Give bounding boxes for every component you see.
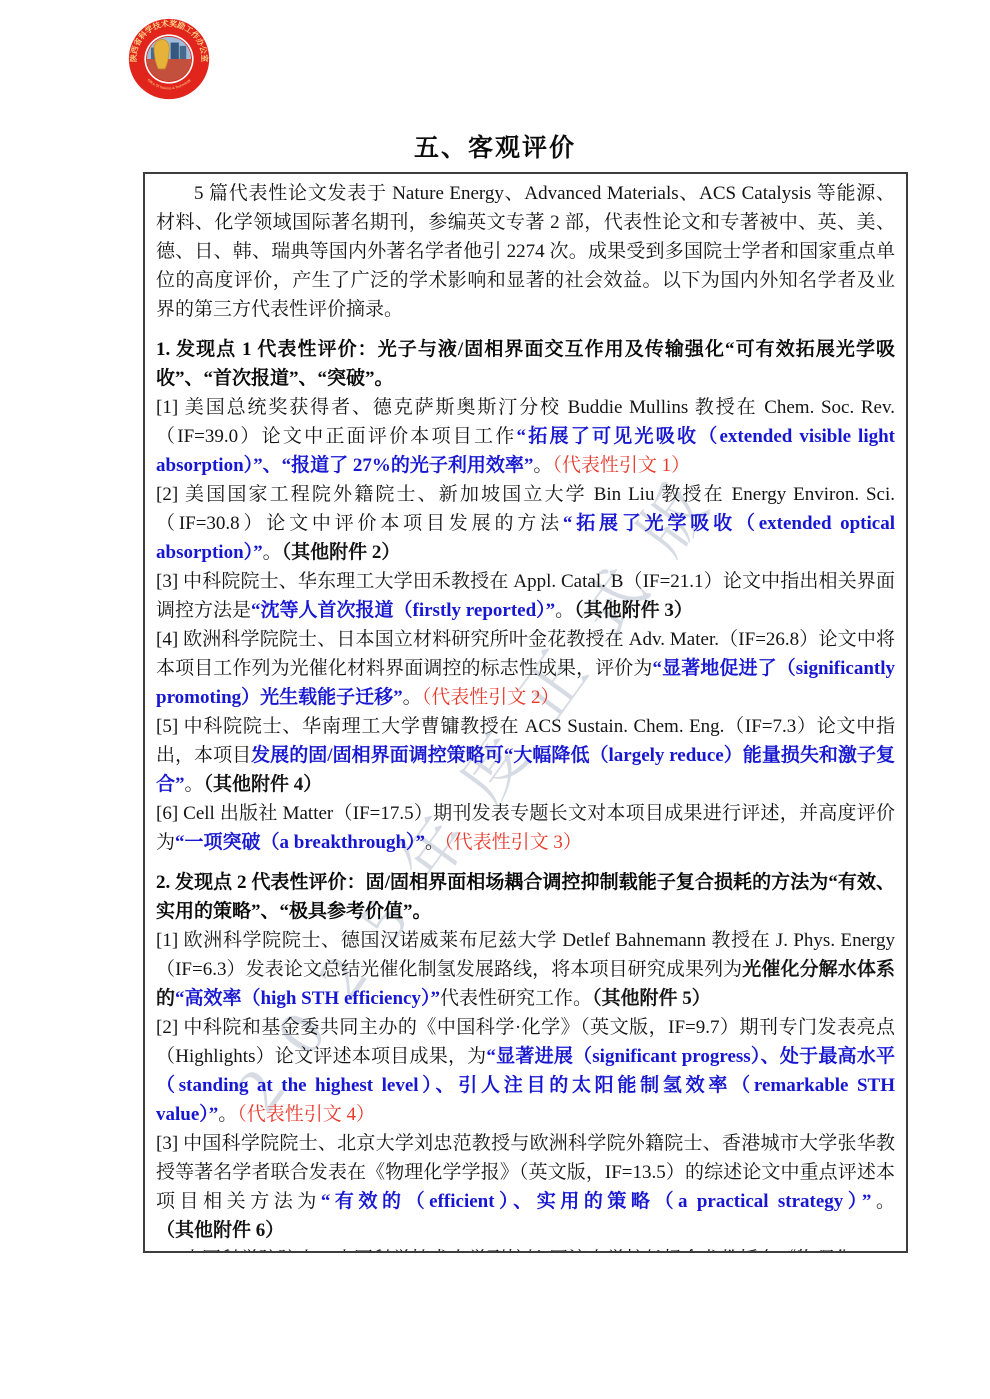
section-heading: 1. 发现点 1 代表性评价：光子与液/固相界面交互作用及传输强化“可有效拓展光… [156,335,895,393]
text-run: 。 [218,1104,237,1125]
text-run: （代表性引文 2） [422,687,560,708]
text-run: “沈等人首次报道（firstly reported）” [251,600,555,621]
text-run: （其他附件 6） [156,1220,284,1241]
text-run: 。 [185,774,204,795]
text-run: 2. 发现点 2 代表性评价：固/固相界面相场耦合调控抑制载能子复合损耗的方法为… [156,872,895,922]
text-run: “有效的（efficient）、实用的策略（a practical strate… [321,1191,872,1212]
table-cell: 5 篇代表性论文发表于 Nature Energy、Advanced Mater… [145,174,906,1253]
text-run: 。 [871,1191,895,1212]
paragraph: [1] 美国总统奖获得者、德克萨斯奥斯汀分校 Buddie Mullins 教授… [156,393,895,480]
text-run: 。 [555,600,574,621]
paragraph: [5] 中科院院士、华南理工大学曹镛教授在 ACS Sustain. Chem.… [156,712,895,799]
text-run: （其他附件 4） [204,774,323,795]
text-run: （其他附件 5） [592,988,711,1009]
paragraph: [1] 欧洲科学院院士、德国汉诺威莱布尼兹大学 Detlef Bahnemann… [156,926,895,1013]
text-run: 5 篇代表性论文发表于 Nature Energy、Advanced Mater… [156,183,895,320]
paragraph: [3] 中科院院士、华东理工大学田禾教授在 Appl. Catal. B（IF=… [156,567,895,625]
document-page: 陕西省科学技术奖励工作办公室 Office Of Science & Techn… [0,0,990,1399]
paragraph: [4] 中国科学院院士、中国科学技术大学副校长/同济大学校长杨金龙教授在《物理化 [156,1245,895,1253]
seal-photo [147,37,191,81]
paragraph: [2] 美国国家工程院外籍院士、新加坡国立大学 Bin Liu 教授在 Ener… [156,480,895,567]
page-title: 五、客观评价 [0,128,990,164]
evaluation-table: 5 篇代表性论文发表于 Nature Energy、Advanced Mater… [143,172,908,1253]
text-run: 。 [425,832,444,853]
paragraph: [2] 中科院和基金委共同主办的《中国科学·化学》（英文版，IF=9.7）期刊专… [156,1013,895,1129]
text-run: （代表性引文 1） [552,455,690,476]
paragraph: [4] 欧洲科学院院士、日本国立材料研究所叶金花教授在 Adv. Mater.（… [156,625,895,712]
paragraph: [6] Cell 出版社 Matter（IF=17.5）期刊发表专题长文对本项目… [156,799,895,857]
text-run: 代表性研究工作。 [440,988,592,1009]
text-run: （其他附件 2） [282,542,401,563]
text-run: （代表性引文 3） [444,832,582,853]
paragraph: 5 篇代表性论文发表于 Nature Energy、Advanced Mater… [156,179,895,324]
text-run: 。 [263,542,282,563]
text-run: （其他附件 3） [574,600,693,621]
text-run: [4] 中国科学院院士、中国科学技术大学副校长/同济大学校长杨金龙教授在《物理化 [156,1249,853,1253]
trophy-icon [154,39,169,69]
text-run: “高效率（high STH efficiency）” [175,988,440,1009]
seal-graphic: 陕西省科学技术奖励工作办公室 Office Of Science & Techn… [128,18,210,100]
section-heading: 2. 发现点 2 代表性评价：固/固相界面相场耦合调控抑制载能子复合损耗的方法为… [156,868,895,926]
text-run: 。 [533,455,552,476]
text-run: 。 [403,687,422,708]
text-run: （代表性引文 4） [237,1104,375,1125]
text-run: 1. 发现点 1 代表性评价：光子与液/固相界面交互作用及传输强化“可有效拓展光… [156,339,895,389]
award-office-seal: 陕西省科学技术奖励工作办公室 Office Of Science & Techn… [128,18,210,100]
paragraph: [3] 中国科学院院士、北京大学刘忠范教授与欧洲科学院外籍院士、香港城市大学张华… [156,1129,895,1245]
text-run: “一项突破（a breakthrough）” [175,832,425,853]
